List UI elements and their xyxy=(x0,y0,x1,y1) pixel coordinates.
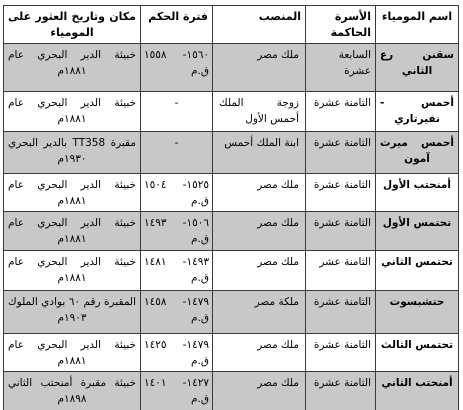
cell-reign-period: ١٤٧٩- ١٤٥٨ ق.م xyxy=(141,291,213,334)
era-label: ق.م xyxy=(144,391,209,407)
table-row: أمنحتب الثاني الثامنة عشرة ملك مصر ١٤٢٧-… xyxy=(4,372,459,410)
cell-mummy-name: تحتمس الثالث xyxy=(376,334,459,372)
cell-dynasty: الثامنة عشرة xyxy=(306,174,376,212)
cell-reign-period: ١٥٠٦- ١٤٩٣ ق.م xyxy=(141,212,213,251)
era-label: ق.م xyxy=(144,270,209,286)
cell-discovery-location: خبيئة مقبرة أمنحتب الثاني ١٨٩٨م xyxy=(4,372,141,410)
cell-dynasty: الثامنة عشرة xyxy=(306,372,376,410)
cell-mummy-name: تحتمس الأول xyxy=(376,212,459,251)
era-label: ق.م xyxy=(144,231,209,247)
header-mummy-name: اسم المومياء xyxy=(376,6,459,44)
header-reign-period: فترة الحكم xyxy=(141,6,213,44)
cell-reign-period: - xyxy=(141,132,213,174)
cell-dynasty: الثامنة عشر xyxy=(306,251,376,291)
cell-reign-period: ١٥٦٠- ١٥٥٨ ق.م xyxy=(141,44,213,92)
era-label: ق.م xyxy=(144,193,209,209)
cell-mummy-name: تحتمس الثاني xyxy=(376,251,459,291)
reign-range: ١٥٦٠- ١٥٥٨ xyxy=(144,47,209,63)
table-row: تحتمس الثاني الثامنة عشر ملك مصر ١٤٩٣- ١… xyxy=(4,251,459,291)
cell-dynasty: السابعة عشرة xyxy=(306,44,376,92)
table-row: تحتمس الثالث الثامنة عشرة ملك مصر ١٤٧٩- … xyxy=(4,334,459,372)
reign-range: ١٤٧٩- ١٤٥٨ xyxy=(144,294,209,310)
cell-dynasty: الثامنة عشرة xyxy=(306,92,376,132)
cell-mummy-name: أمنحتب الثاني xyxy=(376,372,459,410)
cell-dynasty: الثامنة عشرة xyxy=(306,334,376,372)
header-position: المنصب xyxy=(213,6,306,44)
cell-position: زوجة الملك أحمس الأول xyxy=(213,92,306,132)
cell-position: ابنة الملك أحمس xyxy=(213,132,306,174)
era-label: ق.م xyxy=(144,353,209,369)
cell-position: ملك مصر xyxy=(213,334,306,372)
cell-position: ملك مصر xyxy=(213,251,306,291)
cell-dynasty: الثامنة عشرة xyxy=(306,132,376,174)
cell-discovery-location: خبيئة الدير البحري عام ١٨٨١م xyxy=(4,212,141,251)
cell-mummy-name: سقنن رع الثاني xyxy=(376,44,459,92)
reign-range: ١٤٧٩- ١٤٢٥ xyxy=(144,337,209,353)
table-row: أحمس - نفيرتاري الثامنة عشرة زوجة الملك … xyxy=(4,92,459,132)
cell-position: ملكة مصر xyxy=(213,291,306,334)
cell-discovery-location: خبيئة الدير البحري عام ١٨٨١م xyxy=(4,334,141,372)
cell-dynasty: الثامنة عشرة xyxy=(306,291,376,334)
cell-discovery-location: مقبرة TT358 بالدير البحري ١٩٣٠م xyxy=(4,132,141,174)
cell-position: ملك مصر xyxy=(213,372,306,410)
header-discovery-location: مكان وتاريخ العثور على المومياء xyxy=(4,6,141,44)
era-label: ق.م xyxy=(144,310,209,326)
table-row: حتشبسوت الثامنة عشرة ملكة مصر ١٤٧٩- ١٤٥٨… xyxy=(4,291,459,334)
cell-discovery-location: خبيئة الدير البحري عام ١٨٨١م xyxy=(4,92,141,132)
cell-position: ملك مصر xyxy=(213,212,306,251)
table-row: سقنن رع الثاني السابعة عشرة ملك مصر ١٥٦٠… xyxy=(4,44,459,92)
cell-reign-period: - xyxy=(141,92,213,132)
cell-mummy-name: أحمس - نفيرتاري xyxy=(376,92,459,132)
reign-range: - xyxy=(144,95,209,111)
cell-mummy-name: أحمس ميرت آمون xyxy=(376,132,459,174)
reign-range: ١٥٢٥- ١٥٠٤ xyxy=(144,177,209,193)
cell-discovery-location: خبيئة الدير البحري عام ١٨٨١م xyxy=(4,174,141,212)
mummies-table: اسم المومياء الأسرة الحاكمة المنصب فترة … xyxy=(3,5,459,410)
cell-mummy-name: أمنحتب الأول xyxy=(376,174,459,212)
reign-range: - xyxy=(144,135,209,151)
cell-position: ملك مصر xyxy=(213,174,306,212)
table-row: أحمس ميرت آمون الثامنة عشرة ابنة الملك أ… xyxy=(4,132,459,174)
cell-discovery-location: المقبرة رقم ٦٠ بوادي الملوك ١٩٠٣م xyxy=(4,291,141,334)
cell-dynasty: الثامنة عشرة xyxy=(306,212,376,251)
cell-reign-period: ١٤٩٣- ١٤٨١ ق.م xyxy=(141,251,213,291)
cell-discovery-location: خبيئة الدير البحري عام ١٨٨١م xyxy=(4,44,141,92)
reign-range: ١٥٠٦- ١٤٩٣ xyxy=(144,215,209,231)
header-row: اسم المومياء الأسرة الحاكمة المنصب فترة … xyxy=(4,6,459,44)
reign-range: ١٤٩٣- ١٤٨١ xyxy=(144,254,209,270)
cell-reign-period: ١٤٢٧- ١٤٠١ ق.م xyxy=(141,372,213,410)
table-row: تحتمس الأول الثامنة عشرة ملك مصر ١٥٠٦- ١… xyxy=(4,212,459,251)
header-ruling-dynasty: الأسرة الحاكمة xyxy=(306,6,376,44)
cell-mummy-name: حتشبسوت xyxy=(376,291,459,334)
cell-position: ملك مصر xyxy=(213,44,306,92)
reign-range: ١٤٢٧- ١٤٠١ xyxy=(144,375,209,391)
table-row: أمنحتب الأول الثامنة عشرة ملك مصر ١٥٢٥- … xyxy=(4,174,459,212)
cell-discovery-location: خبيئة الدير البحري عام ١٨٨١م xyxy=(4,251,141,291)
cell-reign-period: ١٤٧٩- ١٤٢٥ ق.م xyxy=(141,334,213,372)
era-label: ق.م xyxy=(144,63,209,79)
document-page: اسم المومياء الأسرة الحاكمة المنصب فترة … xyxy=(0,0,463,410)
cell-reign-period: ١٥٢٥- ١٥٠٤ ق.م xyxy=(141,174,213,212)
